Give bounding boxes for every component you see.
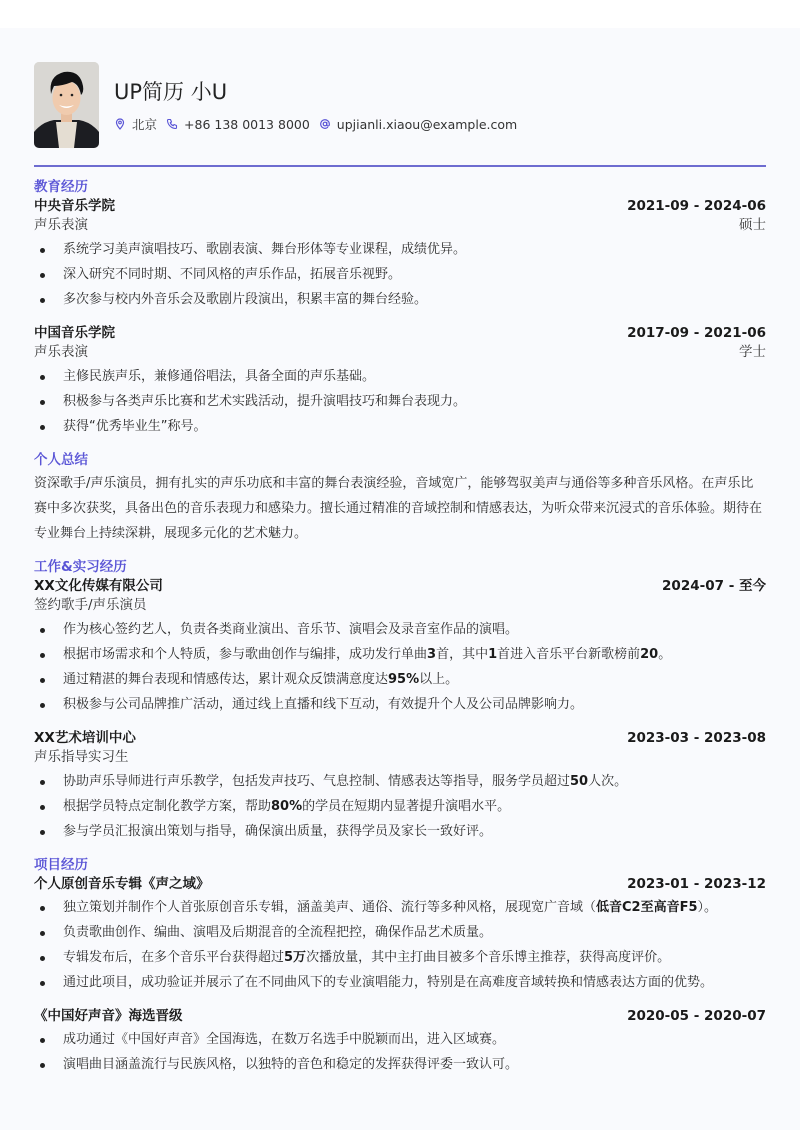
list-item: 积极参与公司品牌推广活动，通过线上直播和线下互动，有效提升个人及公司品牌影响力。 <box>34 692 766 717</box>
list-item: 通过此项目，成功验证并展示了在不同曲风下的专业演唱能力，特别是在高难度音域转换和… <box>34 970 766 995</box>
bullet-list: 系统学习美声演唱技巧、歌剧表演、舞台形体等专业课程，成绩优异。 深入研究不同时期… <box>34 237 766 312</box>
bullet-text: 积极参与公司品牌推广活动，通过线上直播和线下互动，有效提升个人及公司品牌影响力。 <box>63 697 583 712</box>
bullet-list: 作为核心签约艺人，负责各类商业演出、音乐节、演唱会及录音室作品的演唱。根据市场需… <box>34 617 766 717</box>
highlight-text: 低音C2至高音F5 <box>596 900 698 915</box>
summary-text: 资深歌手/声乐演员，拥有扎实的声乐功底和丰富的舞台表演经验，音域宽广，能够驾驭美… <box>34 471 766 546</box>
project-entry: 《中国好声音》海选晋级 2020-05 - 2020-07 成功通过《中国好声音… <box>34 1007 766 1077</box>
bullet-list: 独立策划并制作个人首张原创音乐专辑，涵盖美声、通俗、流行等多种风格，展现宽广音域… <box>34 895 766 995</box>
bullet-text: 协助声乐导师进行声乐教学，包括发声技巧、气息控制、情感表达等指导，服务学员超过 <box>63 774 570 789</box>
date-range: 2023-03 - 2023-08 <box>627 729 766 748</box>
list-item: 通过精湛的舞台表现和情感传达，累计观众反馈满意度达95%以上。 <box>34 667 766 692</box>
bullet-text: 首，其中 <box>436 647 488 662</box>
bullet-text: 独立策划并制作个人首张原创音乐专辑，涵盖美声、通俗、流行等多种风格，展现宽广音域… <box>63 900 596 915</box>
list-item: 积极参与各类声乐比赛和艺术实践活动，提升演唱技巧和舞台表现力。 <box>34 389 766 414</box>
list-item: 独立策划并制作个人首张原创音乐专辑，涵盖美声、通俗、流行等多种风格，展现宽广音域… <box>34 895 766 920</box>
company-name: XX文化传媒有限公司 <box>34 577 163 596</box>
highlight-text: 3 <box>427 647 436 662</box>
section-title-work: 工作&实习经历 <box>34 558 766 577</box>
bullet-text: 通过此项目，成功验证并展示了在不同曲风下的专业演唱能力，特别是在高难度音域转换和… <box>63 975 713 990</box>
work-entry: XX文化传媒有限公司 2024-07 - 至今 签约歌手/声乐演员 作为核心签约… <box>34 577 766 717</box>
bullet-text: 根据市场需求和个人特质，参与歌曲创作与编排，成功发行单曲 <box>63 647 427 662</box>
bullet-text: 通过精湛的舞台表现和情感传达，累计观众反馈满意度达 <box>63 672 388 687</box>
date-range: 2020-05 - 2020-07 <box>627 1007 766 1026</box>
section-summary: 个人总结 资深歌手/声乐演员，拥有扎实的声乐功底和丰富的舞台表演经验，音域宽广，… <box>34 451 766 546</box>
bullet-text: 以上。 <box>419 672 458 687</box>
bullet-text: 。 <box>658 647 671 662</box>
major: 声乐表演 <box>34 216 88 234</box>
list-item: 获得“优秀毕业生”称号。 <box>34 414 766 439</box>
date-range: 2024-07 - 至今 <box>662 577 766 596</box>
portrait-photo-icon <box>34 62 99 148</box>
bullet-text: 根据学员特点定制化教学方案，帮助 <box>63 799 271 814</box>
contact-email[interactable]: upjianli.xiaou@example.com <box>319 117 517 132</box>
list-item: 主修民族声乐，兼修通俗唱法，具备全面的声乐基础。 <box>34 364 766 389</box>
project-name: 《中国好声音》海选晋级 <box>34 1007 183 1026</box>
list-item: 协助声乐导师进行声乐教学，包括发声技巧、气息控制、情感表达等指导，服务学员超过5… <box>34 769 766 794</box>
company-name: XX艺术培训中心 <box>34 729 136 748</box>
highlight-text: 50 <box>570 774 588 789</box>
contact-location: 北京 <box>114 115 157 133</box>
degree: 硕士 <box>739 216 766 234</box>
highlight-text: 20 <box>640 647 658 662</box>
date-range: 2017-09 - 2021-06 <box>627 324 766 343</box>
list-item: 参与学员汇报演出策划与指导，确保演出质量，获得学员及家长一致好评。 <box>34 819 766 844</box>
bullet-text: 演唱曲目涵盖流行与民族风格，以独特的音色和稳定的发挥获得评委一致认可。 <box>63 1057 518 1072</box>
section-work: 工作&实习经历 XX文化传媒有限公司 2024-07 - 至今 签约歌手/声乐演… <box>34 558 766 844</box>
header-divider <box>34 165 766 167</box>
list-item: 专辑发布后，在多个音乐平台获得超过5万次播放量，其中主打曲目被多个音乐博主推荐，… <box>34 945 766 970</box>
map-pin-icon <box>114 118 126 130</box>
at-sign-icon <box>319 118 331 130</box>
section-projects: 项目经历 个人原创音乐专辑《声之域》 2023-01 - 2023-12 独立策… <box>34 856 766 1077</box>
contact-phone[interactable]: +86 138 0013 8000 <box>166 117 310 132</box>
resume-header: UP简历 小U 北京 +86 138 0013 8000 upjianli.xi… <box>34 62 766 152</box>
list-item: 负责歌曲创作、编曲、演唱及后期混音的全流程把控，确保作品艺术质量。 <box>34 920 766 945</box>
school-name: 中央音乐学院 <box>34 197 115 216</box>
bullet-text: 参与学员汇报演出策划与指导，确保演出质量，获得学员及家长一致好评。 <box>63 824 492 839</box>
phone-icon <box>166 118 178 130</box>
location-text: 北京 <box>132 115 157 133</box>
bullet-text: 首进入音乐平台新歌榜前 <box>497 647 640 662</box>
candidate-name: UP简历 小U <box>114 76 227 106</box>
resume-body: 教育经历 中央音乐学院 2021-09 - 2024-06 声乐表演 硕士 系统… <box>34 178 766 1077</box>
list-item: 作为核心签约艺人，负责各类商业演出、音乐节、演唱会及录音室作品的演唱。 <box>34 617 766 642</box>
education-entry: 中国音乐学院 2017-09 - 2021-06 声乐表演 学士 主修民族声乐，… <box>34 324 766 439</box>
list-item: 深入研究不同时期、不同风格的声乐作品，拓展音乐视野。 <box>34 262 766 287</box>
section-education: 教育经历 中央音乐学院 2021-09 - 2024-06 声乐表演 硕士 系统… <box>34 178 766 439</box>
project-entry: 个人原创音乐专辑《声之域》 2023-01 - 2023-12 独立策划并制作个… <box>34 875 766 995</box>
bullet-list: 主修民族声乐，兼修通俗唱法，具备全面的声乐基础。 积极参与各类声乐比赛和艺术实践… <box>34 364 766 439</box>
highlight-text: 1 <box>488 647 497 662</box>
bullet-text: 人次。 <box>588 774 627 789</box>
section-title-education: 教育经历 <box>34 178 766 197</box>
job-role: 签约歌手/声乐演员 <box>34 596 147 614</box>
school-name: 中国音乐学院 <box>34 324 115 343</box>
list-item: 演唱曲目涵盖流行与民族风格，以独特的音色和稳定的发挥获得评委一致认可。 <box>34 1052 766 1077</box>
bullet-text: 次播放量，其中主打曲目被多个音乐博主推荐，获得高度评价。 <box>306 950 670 965</box>
bullet-text: 负责歌曲创作、编曲、演唱及后期混音的全流程把控，确保作品艺术质量。 <box>63 925 492 940</box>
list-item: 系统学习美声演唱技巧、歌剧表演、舞台形体等专业课程，成绩优异。 <box>34 237 766 262</box>
bullet-list: 协助声乐导师进行声乐教学，包括发声技巧、气息控制、情感表达等指导，服务学员超过5… <box>34 769 766 844</box>
education-entry: 中央音乐学院 2021-09 - 2024-06 声乐表演 硕士 系统学习美声演… <box>34 197 766 312</box>
list-item: 根据市场需求和个人特质，参与歌曲创作与编排，成功发行单曲3首，其中1首进入音乐平… <box>34 642 766 667</box>
section-title-summary: 个人总结 <box>34 451 766 470</box>
list-item: 多次参与校内外音乐会及歌剧片段演出，积累丰富的舞台经验。 <box>34 287 766 312</box>
project-name: 个人原创音乐专辑《声之域》 <box>34 875 210 894</box>
contact-info: 北京 +86 138 0013 8000 upjianli.xiaou@exam… <box>114 115 526 133</box>
degree: 学士 <box>739 343 766 361</box>
bullet-text: 的学员在短期内显著提升演唱水平。 <box>302 799 510 814</box>
work-entry: XX艺术培训中心 2023-03 - 2023-08 声乐指导实习生 协助声乐导… <box>34 729 766 844</box>
highlight-text: 5万 <box>284 950 306 965</box>
job-role: 声乐指导实习生 <box>34 748 129 766</box>
date-range: 2023-01 - 2023-12 <box>627 875 766 894</box>
bullet-text: ）。 <box>698 900 718 915</box>
list-item: 根据学员特点定制化教学方案，帮助80%的学员在短期内显著提升演唱水平。 <box>34 794 766 819</box>
avatar <box>34 62 99 148</box>
major: 声乐表演 <box>34 343 88 361</box>
phone-text: +86 138 0013 8000 <box>184 117 310 132</box>
bullet-text: 专辑发布后，在多个音乐平台获得超过 <box>63 950 284 965</box>
list-item: 成功通过《中国好声音》全国海选，在数万名选手中脱颖而出，进入区域赛。 <box>34 1027 766 1052</box>
bullet-text: 成功通过《中国好声音》全国海选，在数万名选手中脱颖而出，进入区域赛。 <box>63 1032 505 1047</box>
bullet-text: 作为核心签约艺人，负责各类商业演出、音乐节、演唱会及录音室作品的演唱。 <box>63 622 518 637</box>
highlight-text: 80% <box>271 799 302 814</box>
section-title-projects: 项目经历 <box>34 856 766 875</box>
highlight-text: 95% <box>388 672 419 687</box>
date-range: 2021-09 - 2024-06 <box>627 197 766 216</box>
email-text: upjianli.xiaou@example.com <box>337 117 517 132</box>
bullet-list: 成功通过《中国好声音》全国海选，在数万名选手中脱颖而出，进入区域赛。演唱曲目涵盖… <box>34 1027 766 1077</box>
resume-page: UP简历 小U 北京 +86 138 0013 8000 upjianli.xi… <box>0 28 800 1130</box>
